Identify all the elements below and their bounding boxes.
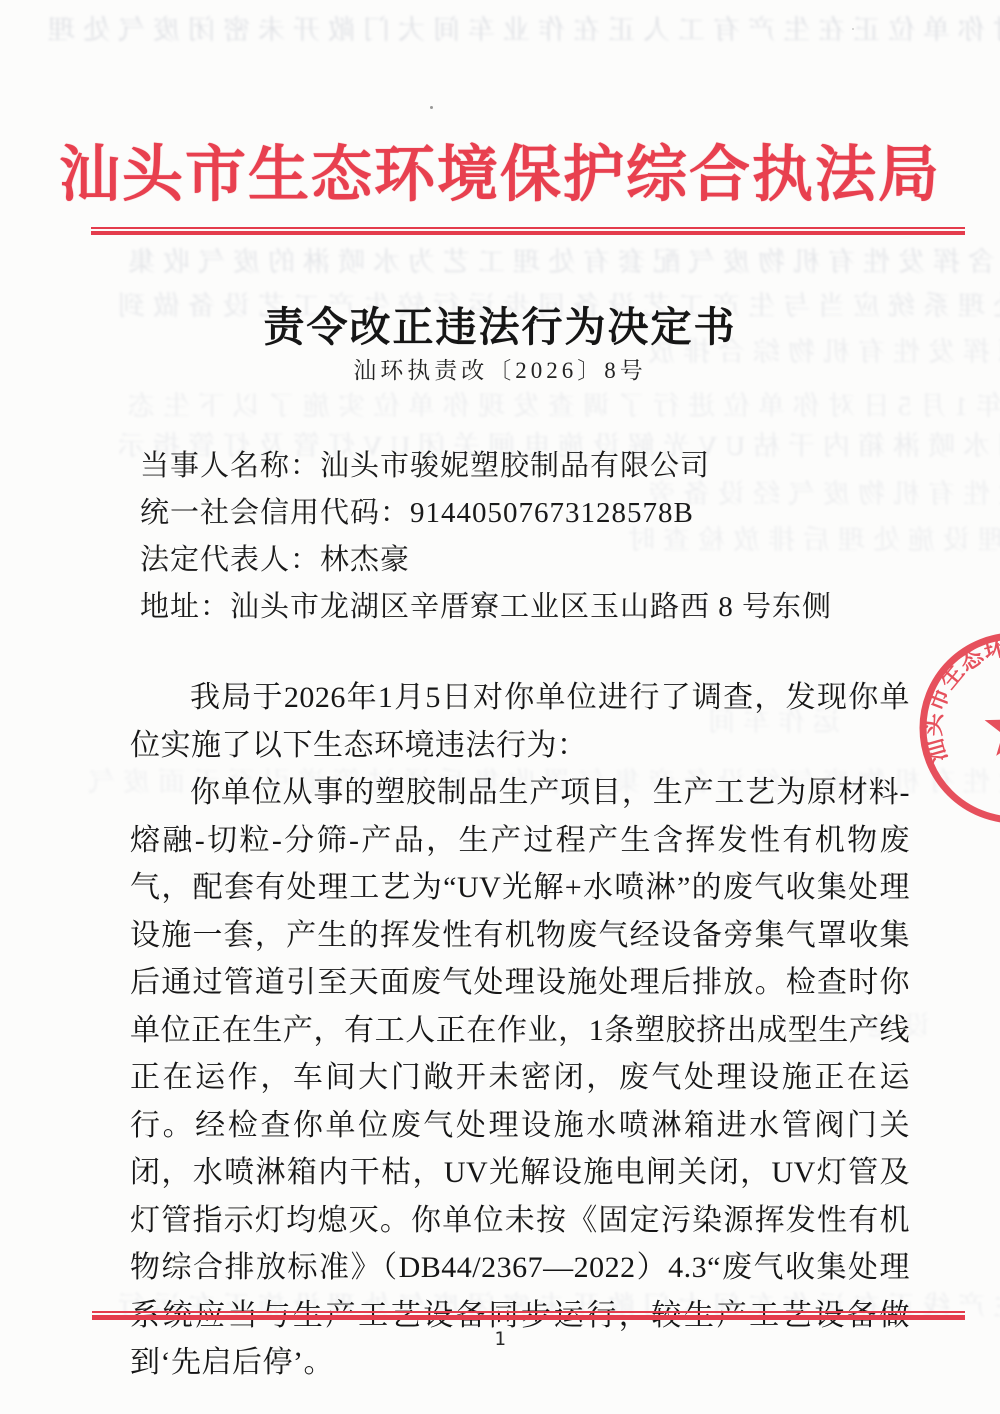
body-paragraph-1: 我局于2026年1月5日对你单位进行了调查，发现你单位实施了以下生态环境违法行为… xyxy=(130,674,910,769)
agency-letterhead: 汕头市生态环境保护综合执法局 xyxy=(0,126,1000,213)
svg-text:汕头市生态环境保护综合执法局: 汕头市生态环境保护综合执法局 xyxy=(915,628,1000,778)
seal-star-icon xyxy=(985,698,1000,756)
document-number: 汕环执责改〔2026〕8号 xyxy=(0,352,1000,385)
document-title: 责令改正违法行为决定书 xyxy=(0,294,1000,353)
bleed-through-text: 检查时你单位正在生产有工人正在作业车间大门敞开未密闭废气处理 xyxy=(40,8,1000,47)
party-name-line: 当事人名称：汕头市骏妮塑胶制品有限公司 xyxy=(140,443,920,490)
body-paragraph-2: 你单位从事的塑胶制品生产项目，生产工艺为原材料-熔融-切粒-分筛-产品，生产过程… xyxy=(130,769,910,1387)
divider-thick-line xyxy=(91,231,965,235)
footer-divider xyxy=(92,1311,965,1320)
seal-graphic: 汕头市生态环境保护综合执法局 xyxy=(915,628,1000,828)
legal-representative-line: 法定代表人：林杰豪 xyxy=(140,537,920,584)
bleed-through-text: 生产过程产生含挥发性有机物废气配套有处理工艺为水喷淋的废气收集 xyxy=(120,240,1000,279)
document-body: 我局于2026年1月5日对你单位进行了调查，发现你单位实施了以下生态环境违法行为… xyxy=(130,674,910,1387)
divider-thick-line xyxy=(92,1315,965,1320)
seal-arc-text: 汕头市生态环境保护综合执法局 xyxy=(915,628,1000,778)
credit-code-line: 统一社会信用代码：91440507673128578B xyxy=(140,490,920,537)
address-line: 地址：汕头市龙湖区辛厝寮工业区玉山路西 8 号东侧 xyxy=(140,584,920,631)
official-seal: 汕头市生态环境保护综合执法局 xyxy=(915,628,1000,828)
bleed-through-text: 我局于2026年1月5日对你单位进行了调查发现你单位实施了以下生态 xyxy=(120,384,1000,423)
letterhead-divider xyxy=(91,227,965,235)
page-number: 1 xyxy=(0,1328,1000,1350)
document-page: 检查时你单位正在生产有工人正在作业车间大门敞开未密闭废气处理 生产过程产生含挥发… xyxy=(0,0,1000,1414)
scan-speck xyxy=(852,28,854,30)
scan-speck xyxy=(430,106,433,109)
party-info-block: 当事人名称：汕头市骏妮塑胶制品有限公司 统一社会信用代码：91440507673… xyxy=(140,443,920,631)
